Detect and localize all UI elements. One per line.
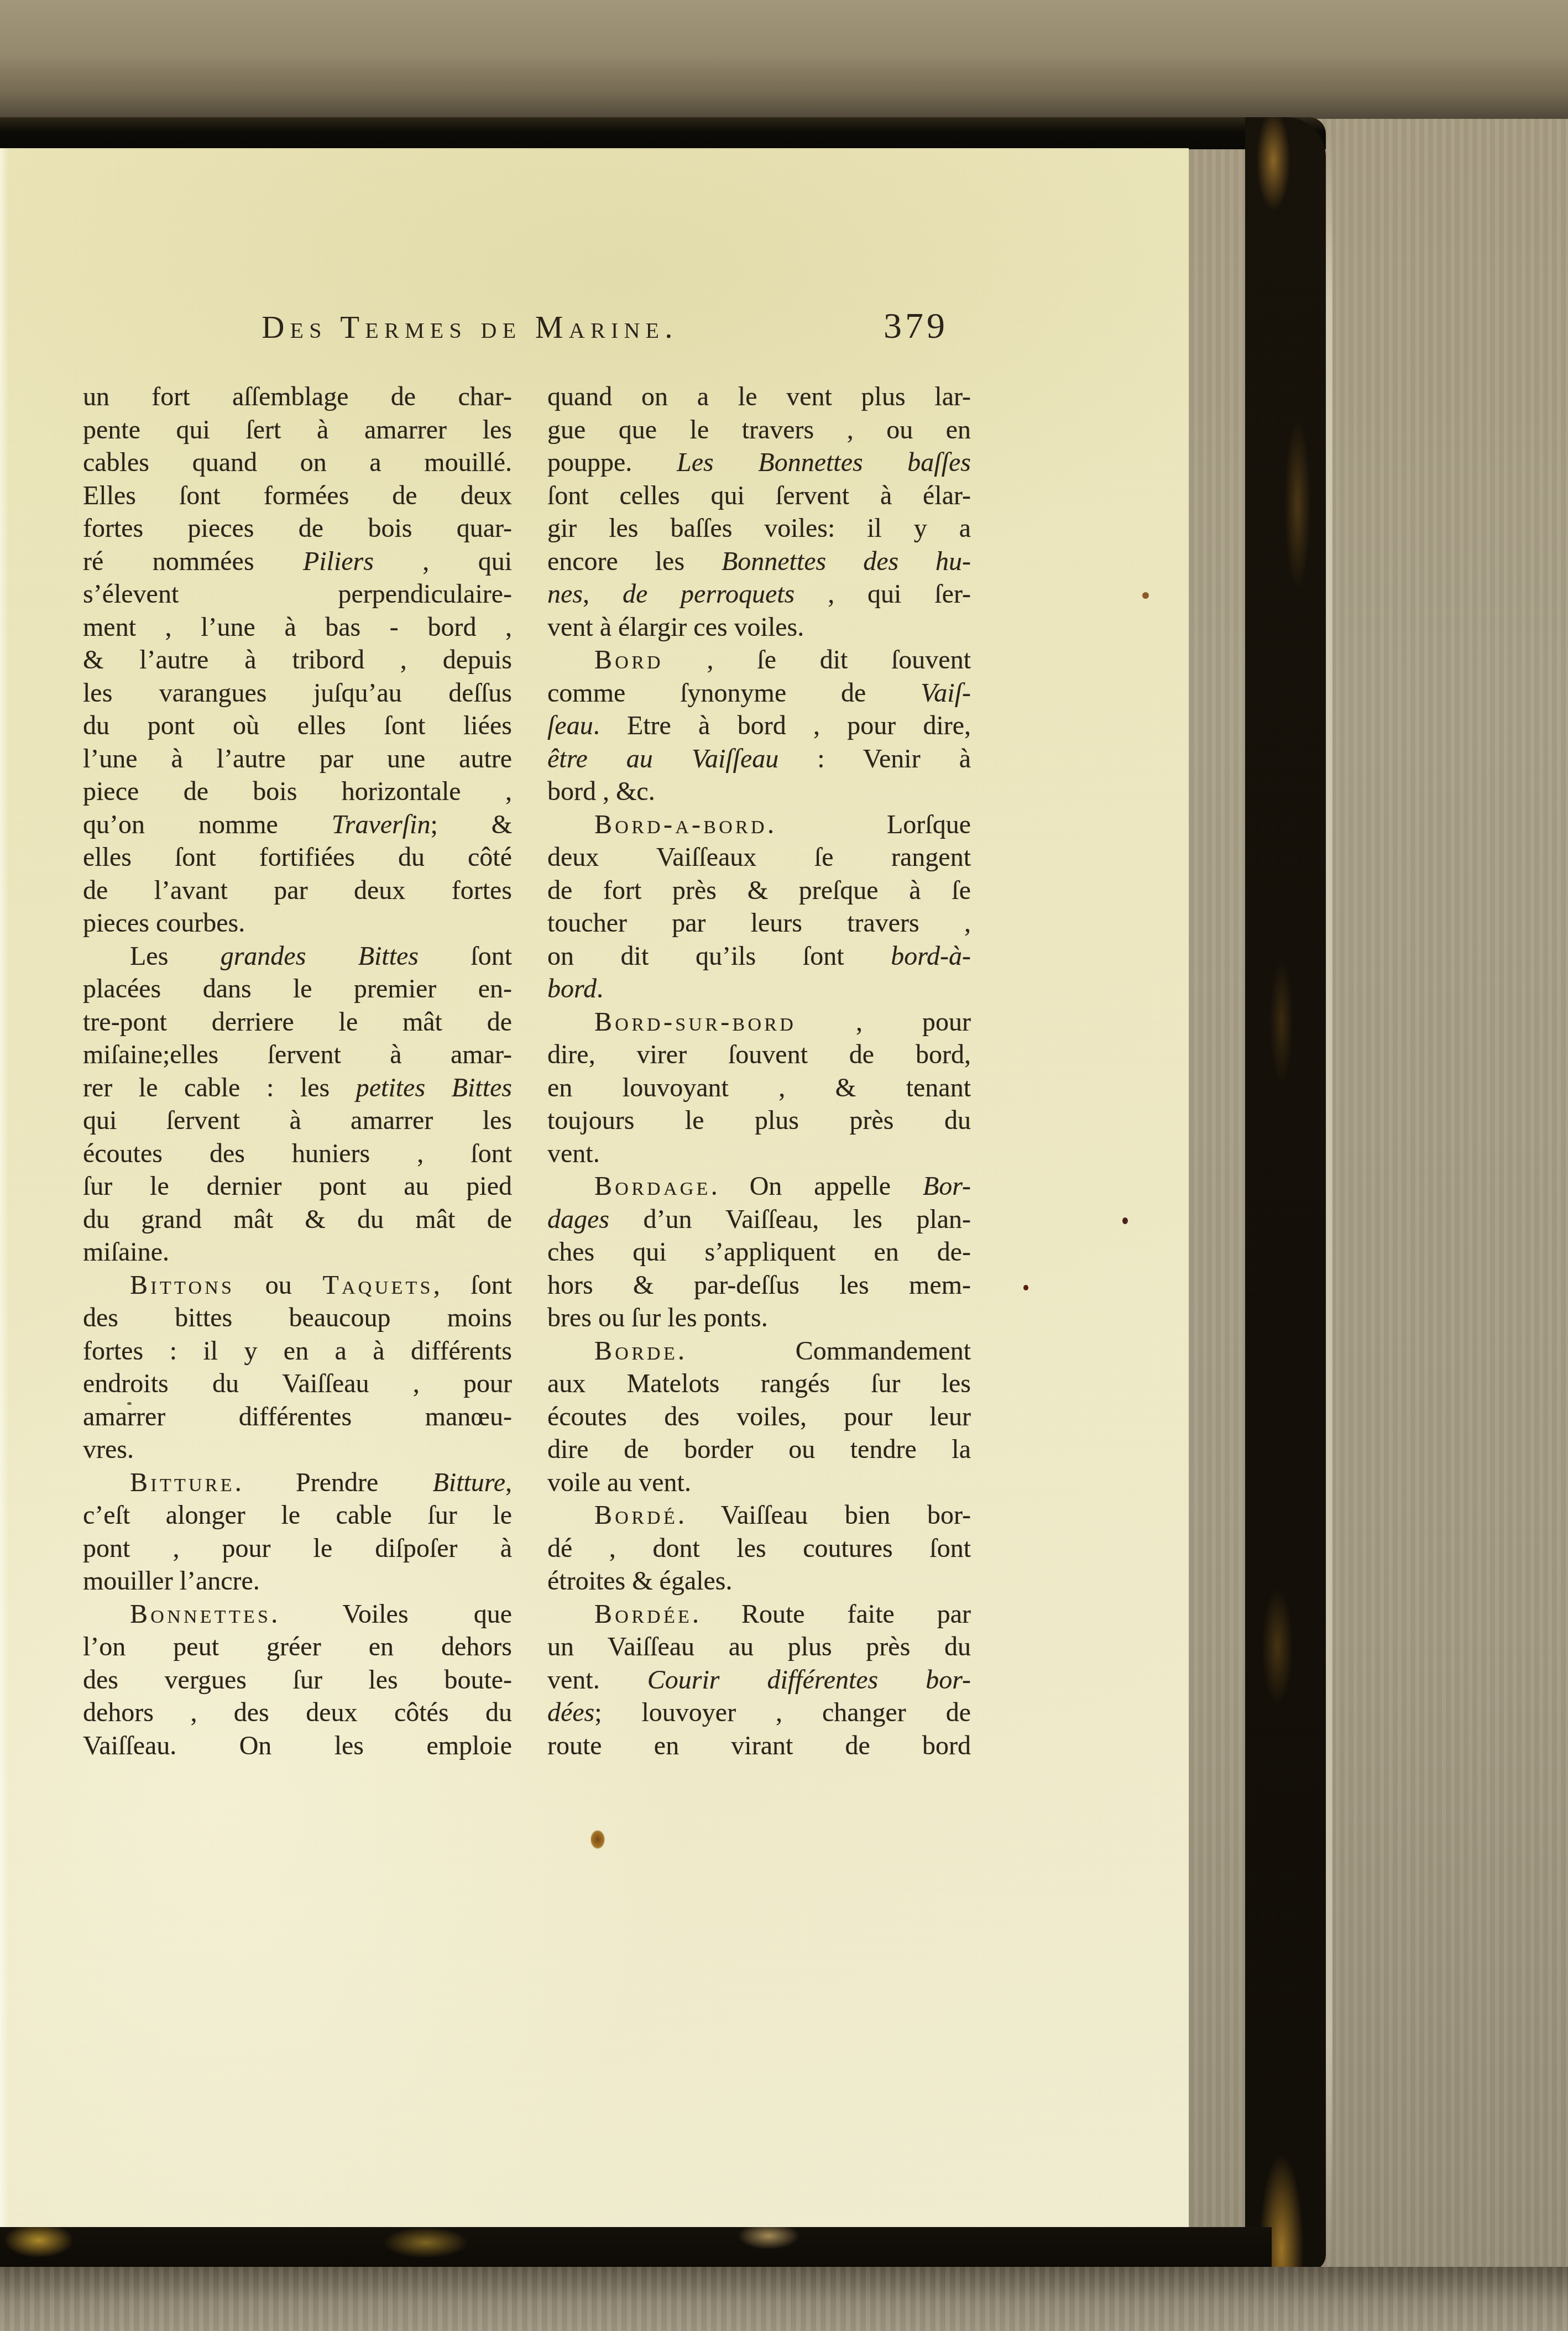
- body-text: placées dans le premier en-: [83, 974, 512, 1004]
- text-line: elles ſont fortifiées du côté: [83, 841, 512, 874]
- text-line: écoutes des voiles, pour leur: [547, 1400, 971, 1434]
- foxing-speck: [1142, 592, 1149, 599]
- ink-speck: [1023, 1285, 1028, 1290]
- body-text: dé , dont les coutures ſont: [547, 1534, 971, 1563]
- body-text: cables quand on a mouillé.: [83, 448, 512, 477]
- body-text: dire, virer ſouvent de bord,: [547, 1040, 971, 1069]
- body-text: . On appelle: [711, 1172, 923, 1201]
- text-line: pieces courbes.: [83, 907, 512, 940]
- body-text: , ſe dit ſouvent: [663, 645, 971, 675]
- text-line: fortes : il y en a à différents: [83, 1335, 512, 1368]
- italic-term: être au Vaiſſeau: [547, 744, 778, 773]
- body-text: ré nommées: [83, 547, 303, 576]
- text-line: ſont celles qui ſervent à élar-: [547, 479, 971, 513]
- entry-headword: Bitture: [130, 1468, 235, 1497]
- text-line: route en virant de bord: [547, 1729, 971, 1763]
- text-line: piece de bois horizontale ,: [83, 775, 512, 808]
- body-text: ſur le dernier pont au pied: [83, 1172, 512, 1201]
- text-line: bord , &c.: [547, 775, 971, 808]
- text-line: bord.: [547, 973, 971, 1006]
- body-text: , pour: [796, 1007, 971, 1037]
- text-line: écoutes des huniers , ſont: [83, 1137, 512, 1170]
- body-text: pouppe.: [547, 448, 677, 477]
- text-line: de fort près & preſque à ſe: [547, 874, 971, 907]
- text-line: & l’autre à tribord , depuis: [83, 644, 512, 677]
- body-text: des vergues ſur les boute-: [83, 1665, 512, 1695]
- text-line: pont , pour le diſpoſer à: [83, 1532, 512, 1565]
- text-line: des vergues ſur les boute-: [83, 1664, 512, 1697]
- body-text: de fort près & preſque à ſe: [547, 876, 971, 905]
- body-text: . Prendre: [235, 1468, 433, 1497]
- body-text: Elles ſont formées de deux: [83, 481, 512, 510]
- book-top-edge: [0, 117, 1326, 149]
- text-line: ment , l’une à bas - bord ,: [83, 611, 512, 644]
- body-text: , qui ſer-: [795, 579, 971, 609]
- body-text: comme ſynonyme de: [547, 678, 921, 708]
- italic-term: de perroquets: [623, 579, 795, 609]
- body-text: vent.: [547, 1139, 600, 1168]
- text-line: rer le cable : les petites Bittes: [83, 1072, 512, 1105]
- text-line: Les grandes Bittes ſont: [83, 940, 512, 973]
- text-line: Elles ſont formées de deux: [83, 479, 512, 513]
- book-bottom-edge: [0, 2227, 1272, 2271]
- body-text: ſont: [419, 942, 512, 971]
- body-text: bres ou ſur les ponts.: [547, 1303, 768, 1332]
- italic-term: Traverſin: [332, 810, 431, 839]
- body-text: fortes pieces de bois quar-: [83, 514, 512, 543]
- body-text: ; louvoyer , changer de: [594, 1698, 971, 1727]
- text-line: du grand mât & du mât de: [83, 1203, 512, 1236]
- text-line: Vaiſſeau. On les emploie: [83, 1729, 512, 1763]
- text-line: voile au vent.: [547, 1466, 971, 1499]
- body-text: pente qui ſert à amarrer les: [83, 415, 512, 445]
- entry-headword: Bonnettes: [130, 1600, 271, 1629]
- body-text: écoutes des huniers , ſont: [83, 1139, 512, 1168]
- text-line: gir les baſſes voiles: il y a: [547, 512, 971, 545]
- italic-term: dées: [547, 1698, 594, 1727]
- entry-headword: Bord: [594, 645, 663, 675]
- book-page: Des Termes de Marine. 379 un fort aſſemb…: [0, 148, 1189, 2227]
- text-line: miſaine;elles ſervent à amar-: [83, 1038, 512, 1072]
- text-line: gue que le travers , ou en: [547, 414, 971, 447]
- body-text: .: [597, 974, 603, 1004]
- text-line: en louvoyant , & tenant: [547, 1072, 971, 1105]
- body-text: vent.: [547, 1665, 647, 1695]
- body-text: voile au vent.: [547, 1468, 691, 1497]
- text-line: mouiller l’ancre.: [83, 1565, 512, 1598]
- italic-term: Bitture: [432, 1468, 505, 1497]
- body-text: deux Vaiſſeaux ſe rangent: [547, 843, 971, 872]
- text-line: du pont où elles ſont liées: [83, 709, 512, 743]
- body-text: du grand mât & du mât de: [83, 1205, 512, 1234]
- body-text: toujours le plus près du: [547, 1106, 971, 1135]
- body-text: ,: [505, 1468, 512, 1497]
- body-text: dire de border ou tendre la: [547, 1435, 971, 1464]
- text-line: cables quand on a mouillé.: [83, 446, 512, 479]
- body-text: tre-pont derriere le mât de: [83, 1007, 512, 1037]
- text-line: des bittes beaucoup moins: [83, 1302, 512, 1335]
- text-line: dehors , des deux côtés du: [83, 1696, 512, 1729]
- italic-term: Bor-: [923, 1172, 971, 1201]
- text-line: pouppe. Les Bonnettes baſſes: [547, 446, 971, 479]
- body-text: . Route faite par: [692, 1600, 971, 1629]
- body-text: qui ſervent à amarrer les: [83, 1106, 512, 1135]
- text-line: étroites & égales.: [547, 1565, 971, 1598]
- body-text: ment , l’une à bas - bord ,: [83, 613, 512, 642]
- text-line: Bitture. Prendre Bitture,: [83, 1466, 512, 1499]
- body-text: . Vaiſſeau bien bor-: [678, 1501, 971, 1530]
- body-text: on dit qu’ils ſont: [547, 942, 891, 971]
- body-text: mouiller l’ancre.: [83, 1566, 260, 1596]
- italic-term: nes: [547, 579, 583, 609]
- body-text: route en virant de bord: [547, 1731, 971, 1760]
- body-text: . Voiles que: [271, 1600, 512, 1629]
- text-line: un fort aſſemblage de char-: [83, 380, 512, 414]
- body-text: miſaine.: [83, 1237, 169, 1267]
- body-text: Les: [130, 942, 221, 971]
- body-text: pont , pour le diſpoſer à: [83, 1534, 512, 1563]
- text-line: encore les Bonnettes des hu-: [547, 545, 971, 578]
- body-text: aux Matelots rangés ſur les: [547, 1369, 971, 1398]
- body-text: gir les baſſes voiles: il y a: [547, 514, 971, 543]
- text-line: Bonnettes. Voiles que: [83, 1598, 512, 1631]
- body-text: hors & par-deſſus les mem-: [547, 1271, 971, 1300]
- body-text: amarrer différentes manœu-: [83, 1402, 512, 1431]
- entry-headword: Bord-a-bord: [594, 810, 767, 839]
- foxing-speck: [590, 1830, 605, 1849]
- text-line: bres ou ſur les ponts.: [547, 1302, 971, 1335]
- italic-term: bord: [547, 974, 597, 1004]
- text-line: un Vaiſſeau au plus près du: [547, 1630, 971, 1664]
- text-line: miſaine.: [83, 1236, 512, 1269]
- running-head: Des Termes de Marine.: [221, 310, 719, 360]
- italic-term: dages: [547, 1205, 609, 1234]
- body-text: c’eſt alonger le cable ſur le: [83, 1501, 512, 1530]
- book-binding: [1245, 117, 1326, 2271]
- body-text: dehors , des deux côtés du: [83, 1698, 512, 1727]
- italic-term: petites Bittes: [356, 1073, 512, 1102]
- body-text: ,: [583, 579, 623, 609]
- body-text: miſaine;elles ſervent à amar-: [83, 1040, 512, 1069]
- body-text: de l’avant par deux fortes: [83, 876, 512, 905]
- backdrop-bottom: [0, 2267, 1568, 2331]
- text-line: l’on peut gréer en dehors: [83, 1630, 512, 1664]
- body-text: Vaiſſeau. On les emploie: [83, 1731, 512, 1760]
- body-text: quand on a le vent plus lar-: [547, 382, 971, 411]
- italic-term: Les Bonnettes baſſes: [677, 448, 971, 477]
- text-line: dire, virer ſouvent de bord,: [547, 1038, 971, 1072]
- text-line: Bordé. Vaiſſeau bien bor-: [547, 1499, 971, 1532]
- text-line: qui ſervent à amarrer les: [83, 1104, 512, 1137]
- italic-term: bord-à-: [891, 942, 971, 971]
- body-text: . Lorſque: [767, 810, 971, 839]
- body-text: qu’on nomme: [83, 810, 332, 839]
- entry-headword: Bordé: [594, 1501, 678, 1530]
- entry-headword: Borde: [594, 1336, 678, 1366]
- text-line: aux Matelots rangés ſur les: [547, 1367, 971, 1400]
- column-left: un fort aſſemblage de char-pente qui ſer…: [83, 380, 512, 1762]
- text-line: ches qui s’appliquent en de-: [547, 1236, 971, 1269]
- body-text: des bittes beaucoup moins: [83, 1303, 512, 1332]
- body-text: . Etre à bord , pour dire,: [593, 711, 971, 740]
- body-text: toucher par leurs travers ,: [547, 908, 971, 938]
- text-line: Bordage. On appelle Bor-: [547, 1170, 971, 1203]
- backdrop-top: [0, 0, 1568, 119]
- text-line: les varangues juſqu’au deſſus: [83, 677, 512, 710]
- body-text: gue que le travers , ou en: [547, 415, 971, 445]
- body-text: d’un Vaiſſeau, les plan-: [609, 1205, 971, 1234]
- italic-term: grandes Bittes: [221, 942, 419, 971]
- body-text: elles ſont fortifiées du côté: [83, 843, 512, 872]
- ink-speck: [127, 1402, 132, 1405]
- body-text: vres.: [83, 1435, 134, 1464]
- text-line: tre-pont derriere le mât de: [83, 1006, 512, 1039]
- italic-term: Courir différentes bor-: [647, 1665, 971, 1695]
- body-text: écoutes des voiles, pour leur: [547, 1402, 971, 1431]
- text-line: c’eſt alonger le cable ſur le: [83, 1499, 512, 1532]
- body-text: vent à élargir ces voiles.: [547, 613, 804, 642]
- text-line: s’élevent perpendiculaire-: [83, 578, 512, 611]
- text-line: Borde. Commandement: [547, 1335, 971, 1368]
- body-text: & l’autre à tribord , depuis: [83, 645, 512, 675]
- entry-headword: Bordée: [594, 1600, 692, 1629]
- text-line: ſeau. Etre à bord , pour dire,: [547, 709, 971, 743]
- text-line: deux Vaiſſeaux ſe rangent: [547, 841, 971, 874]
- scanned-book-photo: Des Termes de Marine. 379 un fort aſſemb…: [0, 0, 1568, 2331]
- body-text: rer le cable : les: [83, 1073, 356, 1102]
- text-line: Bord-sur-bord , pour: [547, 1006, 971, 1039]
- page-number: 379: [884, 305, 948, 347]
- body-text: encore les: [547, 547, 722, 576]
- text-line: vent. Courir différentes bor-: [547, 1664, 971, 1697]
- entry-headword: Bord-sur-bord: [594, 1007, 796, 1037]
- body-text: un Vaiſſeau au plus près du: [547, 1632, 971, 1661]
- entry-headword: Taquets: [322, 1271, 433, 1300]
- text-line: toucher par leurs travers ,: [547, 907, 971, 940]
- body-text: s’élevent perpendiculaire-: [83, 579, 512, 609]
- body-text: du pont où elles ſont liées: [83, 711, 512, 740]
- text-line: quand on a le vent plus lar-: [547, 380, 971, 414]
- ink-speck: [1122, 1217, 1128, 1224]
- body-text: endroits du Vaiſſeau , pour: [83, 1369, 512, 1398]
- text-line: dages d’un Vaiſſeau, les plan-: [547, 1203, 971, 1236]
- text-line: Bittons ou Taquets, ſont: [83, 1269, 512, 1302]
- column-right: quand on a le vent plus lar-gue que le t…: [547, 380, 971, 1762]
- text-line: Bord , ſe dit ſouvent: [547, 644, 971, 677]
- text-line: on dit qu’ils ſont bord-à-: [547, 940, 971, 973]
- italic-term: Bonnettes des hu-: [722, 547, 971, 576]
- italic-term: Piliers: [303, 547, 374, 576]
- text-line: fortes pieces de bois quar-: [83, 512, 512, 545]
- body-text: piece de bois horizontale ,: [83, 777, 512, 806]
- body-text: bord , &c.: [547, 777, 655, 806]
- text-line: dées; louvoyer , changer de: [547, 1696, 971, 1729]
- body-text: ; &: [430, 810, 512, 839]
- text-line: pente qui ſert à amarrer les: [83, 414, 512, 447]
- body-text: , qui: [374, 547, 512, 576]
- text-line: vent à élargir ces voiles.: [547, 611, 971, 644]
- body-text: ſont celles qui ſervent à élar-: [547, 481, 971, 510]
- body-text: un fort aſſemblage de char-: [83, 382, 512, 411]
- text-line: nes, de perroquets , qui ſer-: [547, 578, 971, 611]
- text-line: ſur le dernier pont au pied: [83, 1170, 512, 1203]
- text-line: ré nommées Piliers , qui: [83, 545, 512, 578]
- italic-term: Vaiſ-: [921, 678, 971, 708]
- text-line: vent.: [547, 1137, 971, 1170]
- body-text: étroites & égales.: [547, 1566, 733, 1596]
- text-line: comme ſynonyme de Vaiſ-: [547, 677, 971, 710]
- entry-headword: Bittons: [130, 1271, 234, 1300]
- italic-term: ſeau: [547, 711, 593, 740]
- text-line: amarrer différentes manœu-: [83, 1400, 512, 1434]
- text-line: dire de border ou tendre la: [547, 1433, 971, 1466]
- text-line: Bord-a-bord. Lorſque: [547, 808, 971, 842]
- body-text: l’une à l’autre par une autre: [83, 744, 512, 773]
- body-text: pieces courbes.: [83, 908, 245, 938]
- page-fore-edge: [1189, 148, 1245, 2227]
- text-line: toujours le plus près du: [547, 1104, 971, 1137]
- text-line: vres.: [83, 1433, 512, 1466]
- body-text: fortes : il y en a à différents: [83, 1336, 512, 1366]
- body-text: . Commandement: [678, 1336, 971, 1366]
- text-line: endroits du Vaiſſeau , pour: [83, 1367, 512, 1400]
- text-line: être au Vaiſſeau : Venir à: [547, 743, 971, 776]
- body-text: les varangues juſqu’au deſſus: [83, 678, 512, 708]
- text-line: l’une à l’autre par une autre: [83, 743, 512, 776]
- text-line: dé , dont les coutures ſont: [547, 1532, 971, 1565]
- text-line: placées dans le premier en-: [83, 973, 512, 1006]
- text-line: hors & par-deſſus les mem-: [547, 1269, 971, 1302]
- body-text: ches qui s’appliquent en de-: [547, 1237, 971, 1267]
- body-text: l’on peut gréer en dehors: [83, 1632, 512, 1661]
- body-text: : Venir à: [778, 744, 971, 773]
- body-text: , ſont: [433, 1271, 512, 1300]
- text-line: Bordée. Route faite par: [547, 1598, 971, 1631]
- body-text: ou: [234, 1271, 322, 1300]
- entry-headword: Bordage: [594, 1172, 711, 1201]
- body-text: en louvoyant , & tenant: [547, 1073, 971, 1102]
- text-line: de l’avant par deux fortes: [83, 874, 512, 907]
- text-line: qu’on nomme Traverſin; &: [83, 808, 512, 842]
- binding-highlight: [1326, 133, 1332, 2256]
